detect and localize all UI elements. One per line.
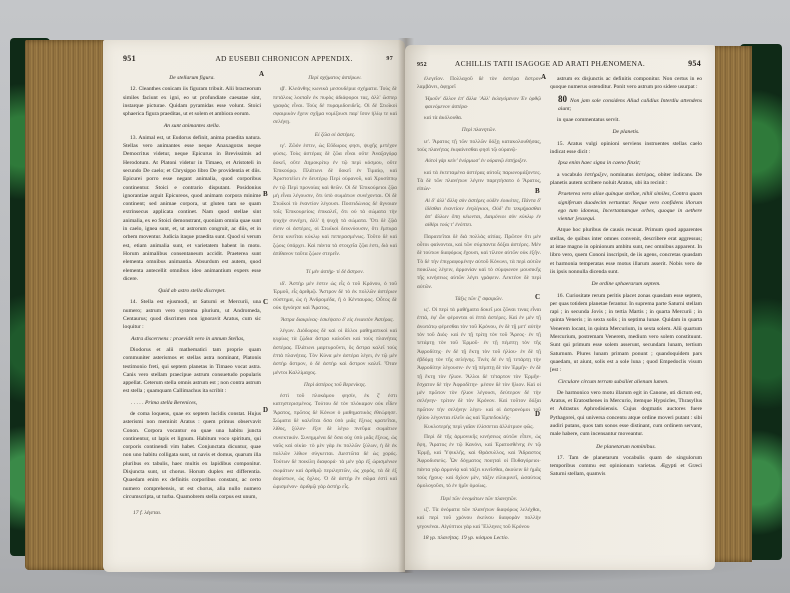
paragraph: 13. Animal est, ut Eudorus definit, anim…: [123, 134, 261, 283]
footnote: 18 γρ. πλανήτας. 19 γρ. κόσμου Lectio.: [423, 535, 509, 541]
paragraph: Atque hoc pluribus de causis recusat. Pr…: [550, 226, 702, 276]
verse-quote: Αὐτοὶ γὰρ κείν' ἐνόρμωσ' ἐν οὐρανῷ ἐστήρ…: [417, 157, 541, 165]
section-heading: De stellarum figura.: [123, 74, 261, 82]
right-page-edges-gilt: [712, 46, 752, 562]
paragraph: De harmonico vero motu illarum egit in C…: [550, 389, 702, 439]
greek-column: ἐλεγεῖον. Πολλαχοῦ δὲ τὸν ἀστέρα ἄστρον …: [417, 75, 541, 532]
paragraph: καὶ τὰ ἀκόλουθα.: [417, 114, 541, 122]
greek-column: Περὶ σχήματος ἀστέρων. ιβ'. Κλεάνθης κων…: [273, 70, 397, 493]
page-number-secondary: 97: [386, 56, 393, 62]
paragraph: ιζ'. Τὰ ὀνόματα τῶν πλανήτων διαφόρως λε…: [417, 506, 541, 531]
left-page: 951 AD EUSEBII CHRONICON APPENDIX. 97 A …: [103, 40, 405, 572]
margin-letter: A: [541, 73, 546, 81]
paragraph: 16. Curiositate rerum peritis placet zon…: [550, 292, 702, 375]
paragraph: ιγ'. Ζῶόν ἐστιν, ὡς Εὔδωρος φησι, ψυχῆς …: [273, 142, 397, 258]
paragraph: a vocabulo ἐστήριξεν, nominatus ἀστέρας,…: [550, 171, 702, 188]
paragraph: λέγων. Διόδωρος δὲ καὶ οἱ ἄλλοι μαθηματι…: [273, 327, 397, 377]
verse-quote: Ἠμοῦν' ἄλλον ἐπ' ἄλλα ᾽Αλλ' ἐκλεγόμενον …: [417, 95, 541, 112]
paragraph: Κυκλοτερὴς περὶ γαῖαν ἑλίσσεται ἀλλότριο…: [417, 423, 541, 431]
section-heading: Περὶ ἀστέρος τοῦ Βερενίκης.: [273, 381, 397, 389]
verse-quote: Praeterea vero aliae quinque stellae, ni…: [550, 190, 702, 223]
verse-quote: Αἱ δ' ἀλλ' ἄλλη σὺν ἀστέρες οὐδὲν ἐοικότ…: [417, 197, 541, 230]
running-head-title: ACHILLIS TATII ISAGOGE AD ARATI PHÆNOMEN…: [405, 59, 715, 68]
margin-letter: D: [263, 406, 268, 414]
running-head-title: AD EUSEBII CHRONICON APPENDIX.: [103, 54, 405, 63]
section-heading: Περὶ σχήματος ἀστέρων.: [273, 74, 397, 82]
section-heading: Περὶ τῶν ὀνομάτων τῶν πλανητῶν.: [417, 495, 541, 503]
section-heading: De planetarum nominibus.: [550, 443, 702, 451]
paragraph: 12. Cleanthes conicam iis figuram tribui…: [123, 85, 261, 118]
section-heading: Εἰ ζῶα οἱ ἀστέρες.: [273, 131, 397, 139]
section-heading: Quid ab astro stella discrepet.: [123, 287, 261, 295]
paragraph: 17. Tam de planetarum vocabulis quam de …: [550, 454, 702, 479]
paragraph: 14. Stella est ejusmodi, ut Saturni et M…: [123, 298, 261, 331]
section-heading: De ordine sphaerarum septem.: [550, 280, 702, 288]
paragraph: ἐστὶ τοῦ πλοκάμου φησίν, ἐκ ζ' ἐστι κατη…: [273, 392, 397, 492]
verse-text: Non jam sole considens Aliud calidius In…: [558, 98, 702, 112]
footnote: 17 f. λέγεται.: [133, 510, 161, 516]
verse-quote: Ipsa enim haec signa in caeno finxit;: [550, 159, 702, 167]
paragraph: ἐλεγεῖον. Πολλαχοῦ δὲ τὸν ἀστέρα ἄστρον …: [417, 75, 541, 92]
paragraph: Παραιτεῖται δὲ διὰ πολλὰς αἰτίας. Πρῶτον…: [417, 233, 541, 291]
margin-letter: C: [263, 298, 268, 306]
verse-quote: Circulare circum terram subsiliet alienu…: [550, 378, 702, 386]
left-page-edges-gilt: [25, 40, 107, 570]
verse-quote: 80Non jam sole considens Aliud calidius …: [550, 95, 702, 114]
section-heading: Περὶ πλανητῶν.: [417, 126, 541, 134]
paragraph: ις'. Οἱ περὶ τὰ μαθήματα δοκεῖ μοι ζῶναι…: [417, 306, 541, 422]
paragraph: ιβ'. Κλεάνθης κωνικὰ μεσουδέρια σχήματα.…: [273, 85, 397, 126]
verse-number: 80: [558, 94, 567, 104]
verse-quote: Ἄστρα διακρίνας· ἐσκέψατο δ' εἰς ἐνιαυτὸ…: [273, 316, 397, 324]
paragraph: Diodorus et alii mathematici tam proprie…: [123, 346, 261, 396]
section-heading: De planetis.: [550, 128, 702, 136]
verse-quote: . . . . . Prima stella Berenices,: [123, 399, 261, 407]
paragraph: ιδ'. Ἀστὴρ μέν ἐστιν ὡς εἷς ὁ τοῦ Κρόνου…: [273, 280, 397, 313]
paragraph: 15. Aratus vulgi opinioni serviens instr…: [550, 140, 702, 157]
paragraph: καὶ τὰ ἐκτεταμένα ἀστέρας αὐτοῖς παρωνομ…: [417, 169, 541, 194]
paragraph: ιε'. Ἄρατος τῇ τῶν πολλῶν δόξῃ κατακολου…: [417, 138, 541, 155]
latin-column: astrum ex disjunctis ac definitis compon…: [550, 75, 702, 480]
section-heading: Τάξις τῶν ζ' σφαιρῶν.: [417, 295, 541, 303]
latin-column: De stellarum figura. 12. Cleanthes conic…: [123, 70, 261, 502]
right-page: 952 ACHILLIS TATII ISAGOGE AD ARATI PHÆN…: [405, 45, 715, 570]
section-heading: An sunt animantes stella.: [123, 122, 261, 130]
verse-quote: Astra discernens : praevidit vero in ann…: [123, 335, 261, 343]
paragraph: in quae commentatus servit.: [550, 116, 702, 124]
paragraph: astrum ex disjunctis ac definitis compon…: [550, 75, 702, 92]
section-heading: Τί μὲν ἀστὴρ· τί δὲ ἄστρον.: [273, 268, 397, 276]
paragraph: de coma loquens, quae ex septem lucidis …: [123, 410, 261, 501]
paragraph: Περὶ δὲ τῆς ἁρμονικῆς κινήσεως αὐτῶν εἶπ…: [417, 433, 541, 491]
page-number: 954: [688, 59, 701, 68]
margin-letter: B: [263, 190, 268, 198]
